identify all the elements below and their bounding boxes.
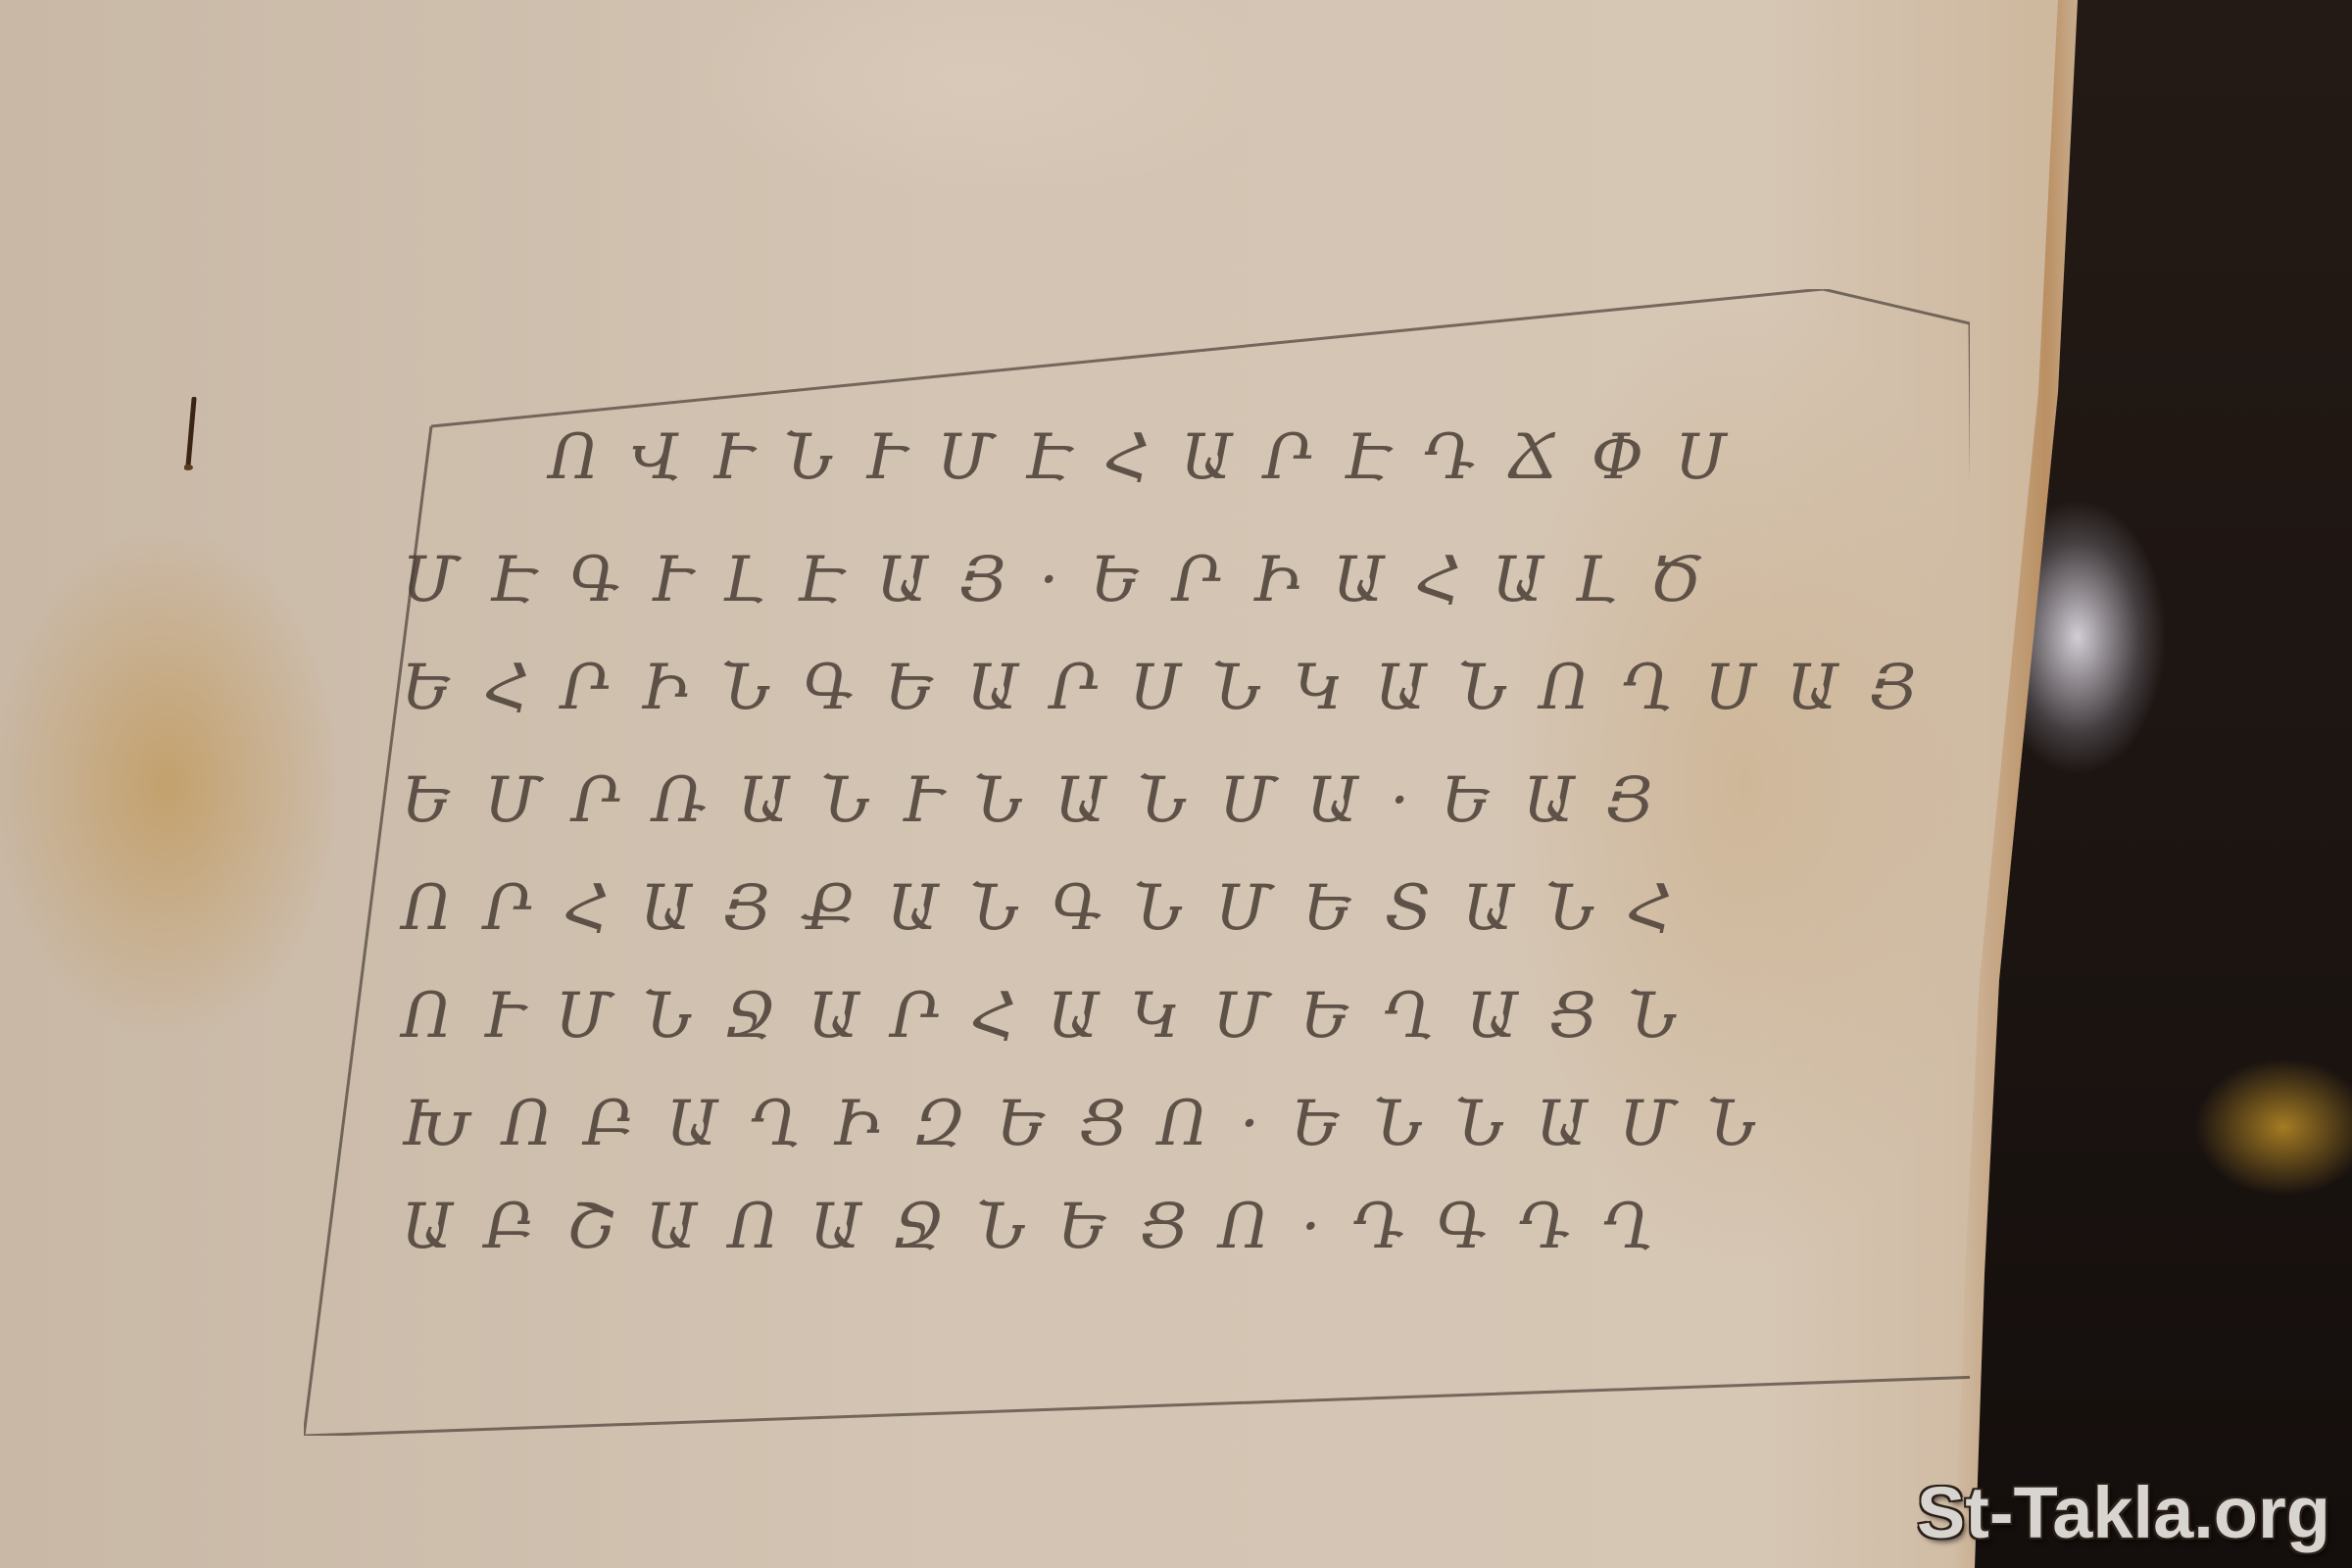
inscription-line-1: Ո Վ Ւ Ն Ւ Մ Է Հ Ա Ր Է Դ Ճ Փ Ս [549, 421, 1732, 494]
inscription-line-7: Խ Ո Բ Ա Ղ Ի Զ Ե Ց Ո · Ե Ն Ն Ա Մ Ն [402, 1088, 1763, 1160]
iron-nail [184, 397, 198, 475]
inscription-line-3: Ե Հ Ր Ի Ն Գ Ե Ա Ր Ս Ն Կ Ա Ն Ո Ղ Ս Ա Յ [402, 652, 1924, 724]
inscription-line-5: Ո Ր Հ Ա Յ Ք Ա Ն Գ Ն Մ Ե Տ Ա Ն Հ [402, 872, 1678, 945]
watermark-text: St-Takla.org [1917, 1471, 2330, 1554]
inscription-line-2: Մ Է Գ Ւ Լ Է Ա Յ · Ե Ր Ի Ա Հ Ա Լ Ծ [402, 544, 1708, 616]
inscription-line-8: Ա Բ Շ Ա Ո Ա Ջ Ն Ե Ց Ո · Դ Գ Դ Ղ [402, 1191, 1660, 1263]
inscription-line-6: Ո Ւ Մ Ն Ջ Ա Ր Հ Ա Կ Մ Ե Ղ Ա Ց Ն [402, 980, 1684, 1053]
inscription-line-4: Ե Մ Ր Ռ Ա Ն Ւ Ն Ա Ն Մ Ա · Ե Ա Յ [402, 764, 1660, 837]
